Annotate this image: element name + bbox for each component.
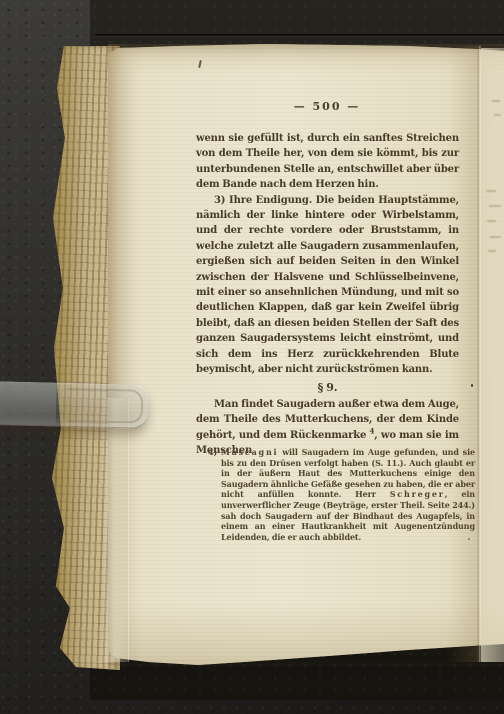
- footnote-name-schreger: Schreger: [390, 489, 445, 499]
- transparent-page-holder-clip: [0, 381, 149, 429]
- section-heading: § 9.: [196, 380, 459, 395]
- showthrough-mark: [494, 114, 501, 116]
- footnote-marker: 4): [208, 447, 221, 457]
- paper-speck: [471, 384, 473, 387]
- paragraph-endigung: 3) Ihre Endigung. Die beiden Hauptstämme…: [196, 193, 459, 378]
- book-photo: — 500 — wenn sie gefüllt ist, durch ein …: [0, 0, 504, 714]
- showthrough-mark: [492, 100, 500, 102]
- transparent-press-strip: [103, 398, 129, 662]
- book-cover-seam: [95, 34, 504, 36]
- showthrough-mark: [487, 220, 496, 222]
- facing-page-sliver: [481, 48, 504, 662]
- showthrough-mark: [489, 205, 501, 207]
- footnote-block: 4) Mascagni will Saugadern im Auge gefun…: [208, 447, 475, 542]
- page-number: — 500 —: [195, 100, 459, 113]
- showthrough-mark: [486, 190, 496, 192]
- showthrough-mark: [490, 236, 501, 238]
- showthrough-mark: [488, 250, 496, 252]
- main-text-column: wenn sie gefüllt ist, durch ein sanftes …: [196, 131, 459, 459]
- paragraph-continuation: wenn sie gefüllt ist, durch ein sanftes …: [196, 131, 459, 193]
- footnote-name-mascagni: Mascagni: [221, 447, 278, 457]
